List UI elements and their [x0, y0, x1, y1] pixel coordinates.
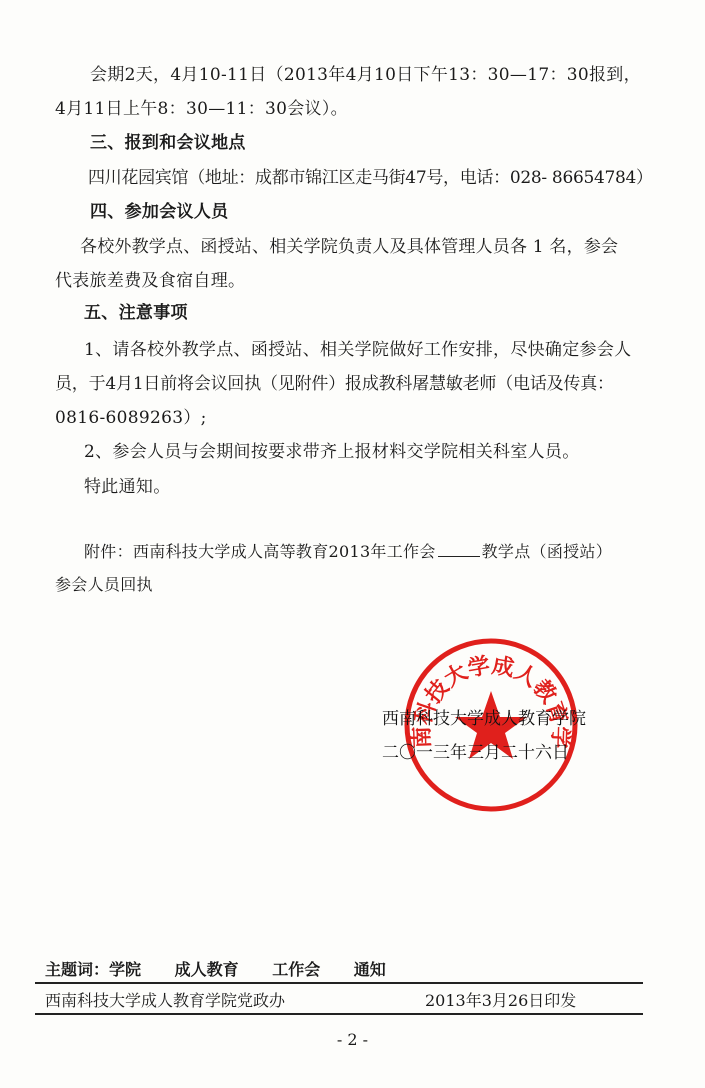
keywords-label: 主题词：学院 — [45, 960, 141, 979]
signature-date: 二〇一三年三月二十六日 — [382, 742, 569, 764]
attendees-line-2: 代表旅差费及食宿自理。 — [55, 270, 245, 292]
keyword-item: 成人教育 — [175, 960, 239, 979]
meeting-period-line-1: 会期2天，4月10-11日（2013年4月10日下午13：30—17：30报到， — [90, 64, 641, 86]
signature-org: 西南科技大学成人教育学院 — [382, 708, 586, 730]
footer-issuer: 西南科技大学成人教育学院党政办 — [45, 988, 285, 1011]
attachment-prefix: 附件：西南科技大学成人高等教育2013年工作会 — [84, 542, 436, 561]
section5-heading: 五、注意事项 — [84, 302, 188, 324]
section4-heading: 四、参加会议人员 — [90, 201, 228, 223]
attachment-line-1: 附件：西南科技大学成人高等教育2013年工作会教学点（函授站） — [84, 540, 612, 563]
note1-line-3: 0816-6089263）; — [55, 407, 207, 429]
meeting-period-line-2: 4月11日上午8：30—11：30会议）。 — [55, 98, 348, 120]
note2-line: 2、参会人员与会期间按要求带齐上报材料交学院相关科室人员。 — [84, 441, 580, 463]
note1-line-2: 员，于4月1日前将会议回执（见附件）报成教科屠慧敏老师（电话及传真： — [55, 373, 614, 395]
footer-rule-bottom — [35, 1013, 643, 1015]
venue-line: 四川花园宾馆（地址：成都市锦江区走马街47号，电话：028- 86654784） — [88, 167, 653, 189]
keywords-row: 主题词：学院 成人教育 工作会 通知 — [45, 957, 414, 980]
attendees-line-1: 各校外教学点、函授站、相关学院负责人及具体管理人员各 1 名，参会 — [80, 236, 618, 258]
page-number: - 2 - — [0, 1030, 705, 1049]
footer-issue-date: 2013年3月26日印发 — [425, 988, 576, 1011]
attachment-blank — [438, 540, 480, 557]
keyword-item: 通知 — [354, 960, 386, 979]
closing-line: 特此通知。 — [84, 476, 171, 498]
note1-line-1: 1、请各校外教学点、函授站、相关学院做好工作安排，尽快确定参会人 — [84, 339, 631, 361]
attachment-suffix: 教学点（函授站） — [482, 542, 612, 561]
section3-heading: 三、报到和会议地点 — [90, 132, 246, 154]
footer-rule-top — [35, 982, 643, 984]
keyword-item: 工作会 — [272, 960, 320, 979]
attachment-line-2: 参会人员回执 — [55, 574, 153, 596]
